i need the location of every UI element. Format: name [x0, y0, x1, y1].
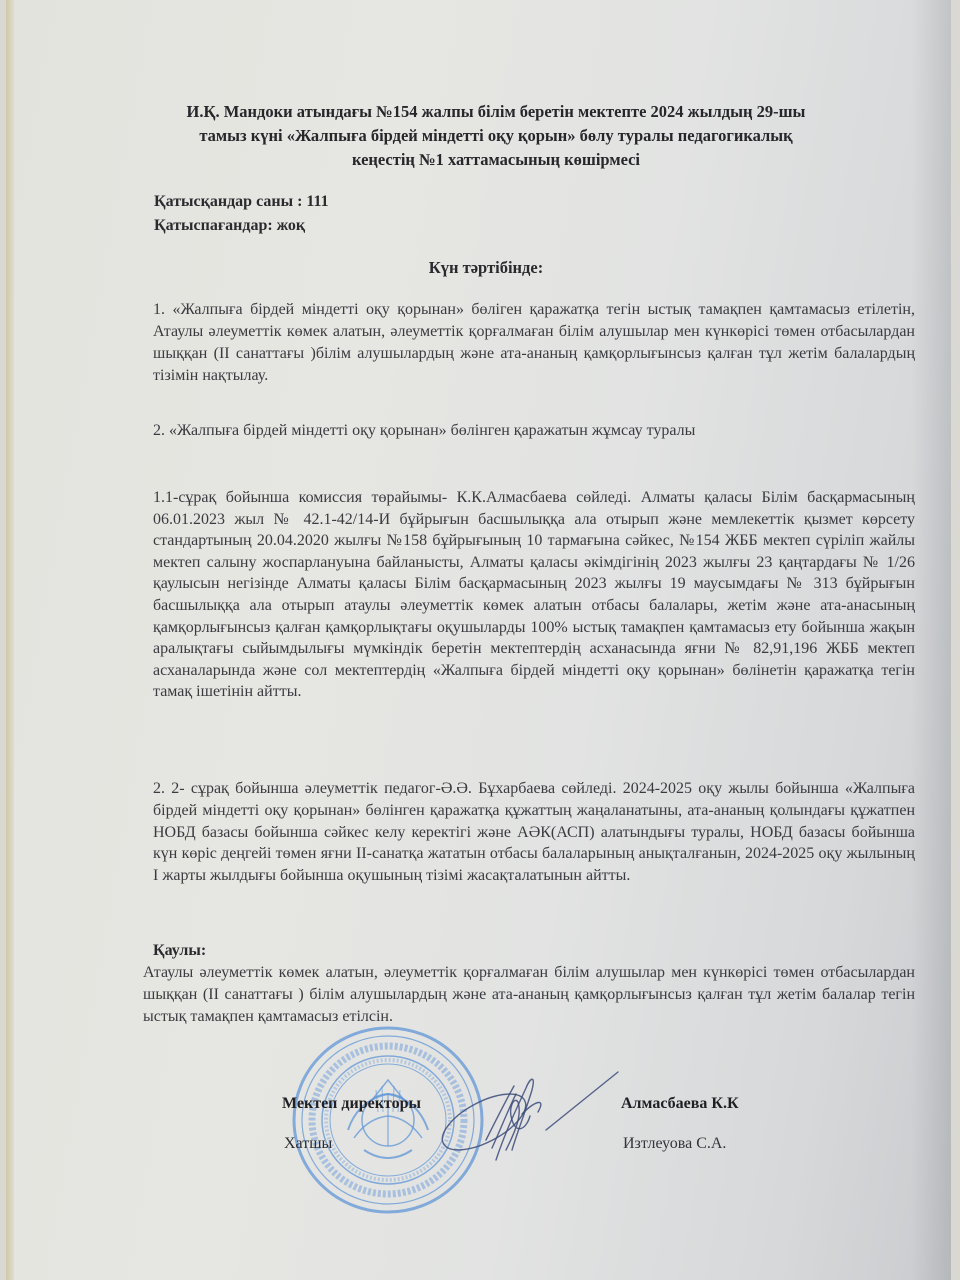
director-name: Алмасбаева К.К	[621, 1095, 739, 1113]
attendance-present: Қатысқандар саны : 111	[154, 190, 329, 214]
page-edge	[6, 0, 14, 1280]
discussion-item-2: 2. 2- сұрақ бойынша әлеуметтік педагог-Ә…	[153, 778, 915, 887]
agenda-item-1: 1. «Жалпыға бірдей міндетті оқу қорынан»…	[153, 299, 915, 387]
agenda-item-2: 2. «Жалпыға бірдей міндетті оқу қорынан»…	[153, 420, 915, 442]
attendance-absent: Қатыспағандар: жоқ	[154, 214, 329, 238]
document-title: И.Қ. Мандоки атындағы №154 жалпы білім б…	[146, 100, 846, 172]
resolution-heading: Қаулы:	[153, 942, 206, 960]
document-page: И.Қ. Мандоки атындағы №154 жалпы білім б…	[6, 0, 951, 1280]
secretary-label: Хатшы	[284, 1135, 332, 1153]
signature-icon	[426, 1060, 626, 1170]
resolution-text: Атаулы әлеуметтік көмек алатын, әлеуметт…	[143, 962, 915, 1028]
secretary-name: Изтлеуова С.А.	[623, 1135, 726, 1153]
discussion-item-1: 1.1-сұрақ бойынша комиссия төрайымы- К.К…	[153, 487, 915, 703]
director-label: Мектеп директоры	[282, 1095, 421, 1113]
title-line-3: кеңестің №1 хаттамасының көшірмесі	[146, 148, 846, 172]
title-line-2: тамыз күні «Жалпыға бірдей міндетті оқу …	[146, 124, 846, 148]
title-line-1: И.Қ. Мандоки атындағы №154 жалпы білім б…	[146, 100, 846, 124]
attendance-block: Қатысқандар саны : 111 Қатыспағандар: жо…	[154, 190, 329, 238]
agenda-heading: Күн тәртібінде:	[6, 258, 960, 278]
